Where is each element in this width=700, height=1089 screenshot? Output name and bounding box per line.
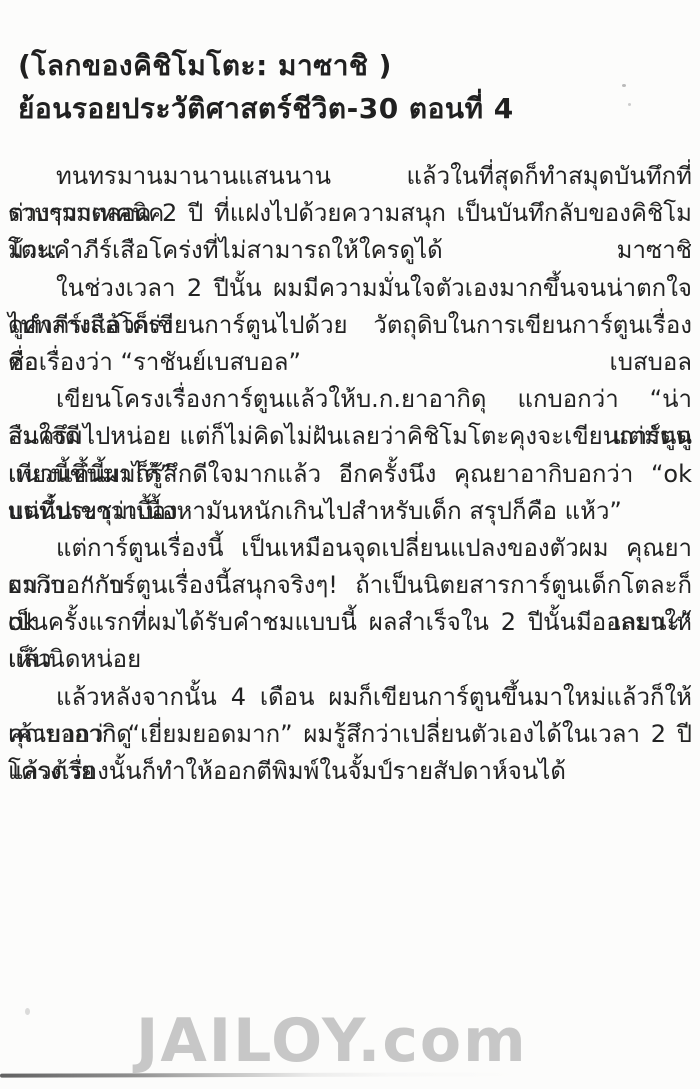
text-line: เป็นครั้งแรกที่ผมได้รับคำชมแบบนี้ ผลสำเร… (8, 604, 692, 641)
text-line: ทนทรมานมานานแสนนาน แล้วในที่สุดก็ทำสมุดบ… (8, 158, 692, 195)
text-line: เขียนโครงเรื่องการ์ตูนแล้วให้บ.ก.ยาอากิด… (8, 381, 692, 418)
document-header: (โลกของคิชิโมโตะ: มาซาชิ ) ย้อนรอยประวัต… (18, 44, 678, 130)
text-line: แต่การ์ตูนเรื่องนี้ เป็นเหมือนจุดเปลี่ยน… (8, 530, 692, 567)
text-line: ผมว่า “การ์ตูนเรื่องนี้สนุกจริงๆ! ถ้าเป็… (8, 567, 692, 604)
scan-speck (628, 103, 631, 106)
text-line: บนนั้นเขาว่าเนื้อหามันหนักเกินไปสำหรับเด… (8, 493, 692, 530)
text-line: ในช่วงเวลา 2 ปีนั้น ผมมีความมั่นใจตัวเอง… (8, 270, 692, 307)
text-line: ไปพลางแล้วก็เขียนการ์ตูนไปด้วย วัตถุดิบใ… (8, 307, 692, 344)
text-line: แล้วหลังจากนั้น 4 เดือน ผมก็เขียนการ์ตูน… (8, 679, 692, 716)
document-title-line-1: (โลกของคิชิโมโตะ: มาซาชิ ) (18, 44, 678, 87)
scan-speck (622, 84, 626, 87)
text-line: เค้าบอกว่า “เยี่ยมยอดมาก” ผมรู้สึกว่าเปล… (8, 716, 692, 753)
scanned-document-page: (โลกของคิชิโมโตะ: มาซาชิ ) ย้อนรอยประวัต… (0, 0, 700, 1089)
text-line: เพียงแค่นี้ผมก็รู้สึกดีใจมากแล้ว อีกครั้… (8, 456, 692, 493)
document-body: ทนทรมานมานานแสนนาน แล้วในที่สุดก็ทำสมุดบ… (8, 158, 692, 790)
text-line: โครงเรื่องนั้นก็ทำให้ออกตีพิมพ์ในจั้มป์ร… (8, 753, 692, 790)
document-title-line-2: ย้อนรอยประวัติศาสตร์ชีวิต-30 ตอนที่ 4 (18, 87, 678, 130)
site-watermark: JAILOY.com (136, 1006, 528, 1076)
text-line: ต่างๆมาตลอด 2 ปี ที่แฝงไปด้วยความสนุก เป… (8, 195, 692, 232)
scan-edge-artifact (0, 1072, 520, 1077)
scan-speck (25, 1008, 30, 1015)
text-line: อืมครึมไปหน่อย แต่ก็ไม่คิดไม่ฝันเลยว่าคิ… (8, 418, 692, 455)
